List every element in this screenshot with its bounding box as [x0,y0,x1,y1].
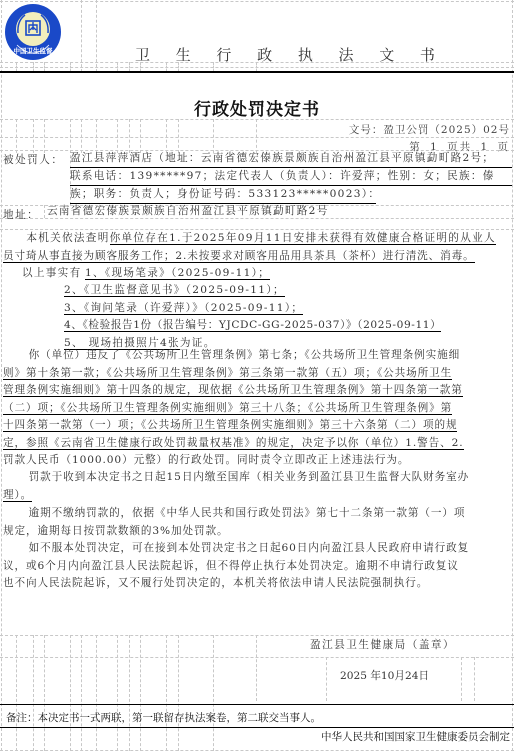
payment-paragraph: 罚款于收到本决定书之日起15日内缴至国库（相关业务到盈江县卫生监督大队财务室办 … [3,469,511,504]
payment-text: 罚款于收到本决定书之日起15日内缴至国库（相关业务到盈江县卫生监督大队财务室办 [29,471,470,483]
svg-text:中国卫生监督: 中国卫生监督 [14,46,54,55]
violation-line: 则》第十条第一款；《公共场所卫生管理条例》第三条第一款第（五）项；《公共场所卫生 [3,367,452,380]
form-header-title: 卫 生 行 政 执 法 文 书 [135,44,435,65]
appeal-text: 也不向人民法院起诉，又不履行处罚决定的，本机关将依法申请人民法院强制执行。 [3,577,428,589]
header-char: 文 [379,44,394,65]
violation-line: 定，参照《云南省卫生健康行政处罚裁量权基准》的规定，决定予以你（单位）1.警告、… [3,437,464,450]
evidence-list: 1、《现场笔录》（2025-09-11）； [85,265,270,283]
emblem-icon: 中国卫生监督 [3,3,63,61]
header-char: 行 [216,44,231,65]
appeal-text: 如不服本处罚决定，可在接到本处罚决定书之日起60日内向盈江县人民政府申请行政复 [29,542,470,554]
header-char: 书 [420,44,435,65]
address-value: 云南省德宏傣族景颇族自治州盈江县平原镇勐町路2号 [47,203,329,221]
issuer-note: 中华人民共和国国家卫生健康委员会制定 [321,729,510,744]
header-char: 法 [339,44,354,65]
party-label: 被处罚人： [3,152,63,167]
document-title: 行政处罚决定书 [0,95,514,120]
footer-bottom-rule [0,727,514,728]
violation-line: 你（单位）违反了《公共场所卫生管理条例》第七条；《公共场所卫生管理条例实施细 [29,349,460,361]
facts-paragraph: 本机关依法查明你单位存在1.于2025年09月11日安排未获得有效健康合格证明的… [3,230,511,265]
party-line: 盈江县萍萍酒店（地址：云南省德宏傣族景颇族自治州盈江县平原镇勐町路2号； [70,150,512,168]
evidence-item: 3、《询问笔录（许爱萍）》（2025-09-11）； [64,302,303,315]
header-char: 生 [176,44,191,65]
violation-line: 罚款人民币（1000.00）元整）的行政处罚。同时责令立即改正上述违法行为。 [3,454,409,466]
facts-text: 你单位存在1.于2025年09月11日安排未获得有效健康合格证明的从业人 [110,232,496,245]
appeal-paragraph: 如不服本处罚决定，可在接到本处罚决定书之日起60日内向盈江县人民政府申请行政复 … [3,540,511,593]
violation-line: （二）项；《公共场所卫生管理条例实施细则》第三十八条；《公共场所卫生管理条例》第 [3,402,452,415]
overdue-text: 逾期不缴纳罚款的，依据《中华人民共和国行政处罚法》第七十二条第一款第（一）项 [29,507,466,519]
footer-top-rule [0,704,514,705]
violation-line: 十四条第一款第（一）项；《公共场所卫生管理条例实施细则》第三十六条第（二）项的规 [3,419,457,432]
issuing-authority: 盈江县卫生健康局（盖章） [310,637,455,652]
evidence-item: 4、《检验报告1份（报告编号：YJCDC-GG-2025-037）》（2025-… [64,319,441,332]
overdue-paragraph: 逾期不缴纳罚款的，依据《中华人民共和国行政处罚法》第七十二条第一款第（一）项 规… [3,505,511,540]
violation-line: 管理条例实施细则》第十四条的规定，现依据《公共场所卫生管理条例》第十四条第一款第 [3,384,463,397]
issue-date: 2025 年10月24日 [340,668,429,683]
party-line: 联系电话：139*****97；法定代表人（负责人）：许爱萍；性别：女；民族：傣 [70,168,512,186]
appeal-text: 议，或6个月内向盈江县人民法院起诉，但不得停止执行本处罚决定。逾期不申请行政复议 [3,560,459,572]
facts-text: 员寸琦从事直接为顾客服务工作；2.未按要求对顾客用品用具茶具（茶杯）进行清洗、消… [3,250,475,263]
document-number: 文号：盈卫公罚（2025）02号 [349,122,510,137]
header-char: 政 [257,44,272,65]
facts-intro: 本机关依法查明 [26,232,109,244]
violation-paragraph: 你（单位）违反了《公共场所卫生管理条例》第七条；《公共场所卫生管理条例实施细 则… [3,347,511,470]
evidence-list-cont: 2、《卫生监督意见书》（2025-09-11）； 3、《询问笔录（许爱萍）》（2… [64,282,441,352]
evidence-intro: 以上事实有 [22,265,81,283]
party-line: 族；职务：负责人；身份证号码：533123*****0023）： [70,186,376,204]
header-char: 执 [298,44,313,65]
evidence-item: 2、《卫生监督意见书》（2025-09-11）； [64,284,285,297]
evidence-item: 1、《现场笔录》（2025-09-11）； [85,267,270,280]
health-inspection-logo: 中国卫生监督 [3,3,63,61]
payment-text: 理）。 [3,489,32,502]
overdue-text: 规定，逾期每日按罚款数额的3%加处罚款。 [3,525,229,537]
party-details: 盈江县萍萍酒店（地址：云南省德宏傣族景颇族自治州盈江县平原镇勐町路2号； 联系电… [70,150,512,204]
address-label: 地址： [3,207,39,222]
header-char: 卫 [135,44,150,65]
remark-note: 备注：本决定书一式两联，第一联留存执法案卷，第二联交当事人。 [6,710,321,725]
header-divider [0,71,514,73]
